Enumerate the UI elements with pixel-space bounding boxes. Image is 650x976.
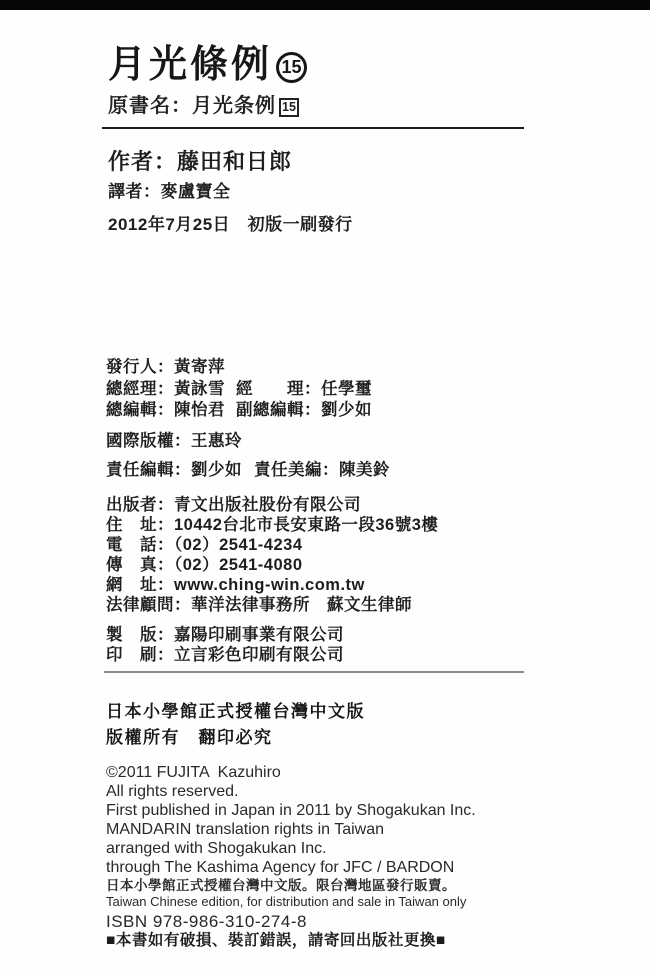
taiwan-edition-note-cn: 日本小學館正式授權台灣中文版。限台灣地區發行販賣。 [106, 877, 650, 894]
general-manager: 總經理：黃詠雪 [106, 379, 236, 401]
copyright-line: All rights reserved. [106, 782, 650, 801]
copyright-block: ©2011 FUJITA Kazuhiro All rights reserve… [106, 763, 650, 910]
original-title-text: 原書名：月光条例 [108, 95, 276, 117]
publisher-phone-row: 電 話：（02）2541-4234 [106, 535, 650, 555]
copyright-line: through The Kashima Agency for JFC / BAR… [106, 858, 650, 877]
colophon-page: 月光條例15 原書名：月光条例15 作者：藤田和日郎 譯者：麥盧寶全 2012年… [0, 0, 650, 976]
middle-divider-rule [104, 671, 524, 673]
plate-making-row: 製 版：嘉陽印刷事業有限公司 [106, 625, 650, 645]
original-title-line: 原書名：月光条例15 [108, 94, 650, 118]
scan-edge-bar [0, 0, 650, 10]
book-title: 月光條例15 [108, 46, 650, 84]
publisher-fax-row: 傳 真：（02）2541-4080 [106, 555, 650, 575]
publisher-person: 發行人：黃寄萍 [106, 358, 225, 376]
manager: 經 理：任學璽 [236, 380, 372, 398]
authorization-line: 日本小學館正式授權台灣中文版 [106, 701, 650, 723]
responsible-editor: 責任編輯：劉少如 [106, 461, 242, 479]
edition-date-line: 2012年7月25日 初版一刷發行 [108, 214, 650, 235]
damage-exchange-notice: ■本書如有破損、裝訂錯誤，請寄回出版社更換■ [106, 931, 650, 951]
colophon-content: 月光條例15 原書名：月光条例15 作者：藤田和日郎 譯者：麥盧寶全 2012年… [0, 10, 650, 951]
copyright-line: First published in Japan in 2011 by Shog… [106, 801, 650, 820]
legal-advisor-row: 法律顧問：華洋法律事務所 蘇文生律師 [106, 595, 650, 615]
original-volume-box-badge: 15 [279, 98, 299, 117]
editor-row: 總編輯：陳怡君副總編輯：劉少如 [106, 400, 650, 422]
volume-circle-badge: 15 [276, 52, 307, 83]
copyright-line: MANDARIN translation rights in Taiwan [106, 820, 650, 839]
responsible-editor-row: 責任編輯：劉少如責任美編：陳美鈴 [106, 460, 650, 482]
translator-line: 譯者：麥盧寶全 [108, 181, 650, 202]
publisher-block: 出版者：青文出版社股份有限公司 住 址：10442台北市長安東路一段36號3樓 … [106, 495, 650, 665]
taiwan-edition-note-en: Taiwan Chinese edition, for distribution… [106, 894, 650, 910]
authorization-block: 日本小學館正式授權台灣中文版 版權所有 翻印必究 [106, 701, 650, 749]
deputy-chief-editor: 副總編輯：劉少如 [236, 401, 372, 419]
publisher-address-row: 住 址：10442台北市長安東路一段36號3樓 [106, 515, 650, 535]
publisher-person-row: 發行人：黃寄萍 [106, 357, 650, 379]
author-line: 作者：藤田和日郎 [108, 149, 650, 175]
book-title-text: 月光條例 [108, 44, 272, 86]
top-divider-rule [102, 127, 524, 129]
copyright-line: arranged with Shogakukan Inc. [106, 839, 650, 858]
chief-editor: 總編輯：陳怡君 [106, 400, 236, 422]
responsible-art-editor: 責任美編：陳美鈴 [254, 461, 390, 479]
copyright-line: ©2011 FUJITA Kazuhiro [106, 763, 650, 782]
isbn-line: ISBN 978-986-310-274-8 [106, 912, 650, 931]
publisher-name-row: 出版者：青文出版社股份有限公司 [106, 495, 650, 515]
printing-row: 印 刷：立言彩色印刷有限公司 [106, 645, 650, 665]
staff-block: 發行人：黃寄萍 總經理：黃詠雪經 理：任學璽 總編輯：陳怡君副總編輯：劉少如 [106, 357, 650, 422]
manager-row: 總經理：黃詠雪經 理：任學璽 [106, 379, 650, 401]
rights-reserved-line: 版權所有 翻印必究 [106, 727, 650, 749]
intl-rights-row: 國際版權：王惠玲 [106, 431, 650, 453]
publisher-website-row: 網 址：www.ching-win.com.tw [106, 575, 650, 595]
